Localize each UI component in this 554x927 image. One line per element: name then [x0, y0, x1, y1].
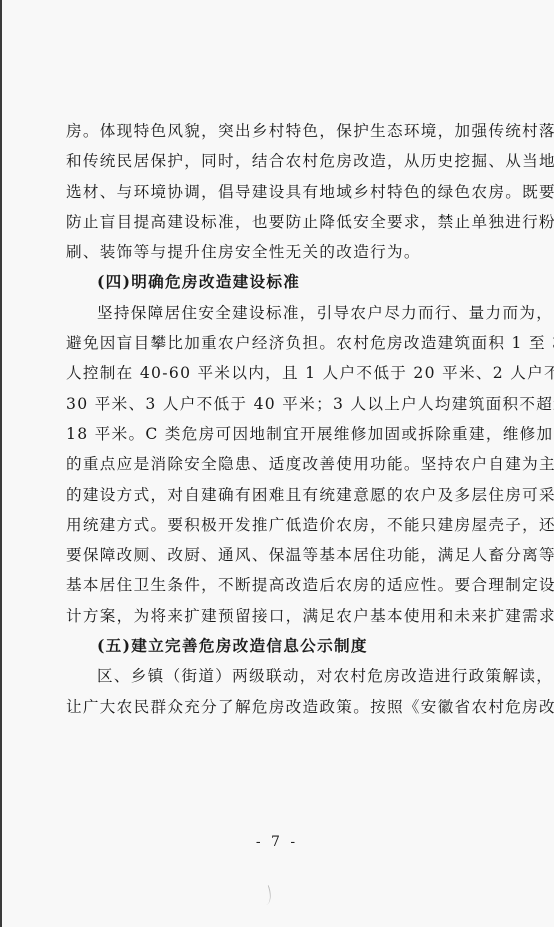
body-line: 选材、与环境协调，倡导建设具有地域乡村特色的绿色农房。既要 [66, 177, 496, 207]
body-line: 人控制在 40-60 平米以内，且 1 人户不低于 20 平米、2 人户不低于 [66, 358, 496, 388]
body-line: 刷、装饰等与提升住房安全性无关的改造行为。 [66, 237, 496, 267]
body-line: 避免因盲目攀比加重农户经济负担。农村危房改造建筑面积 1 至 3 [66, 328, 496, 358]
body-line: 房。体现特色风貌，突出乡村特色，保护生态环境，加强传统村落 [66, 116, 496, 146]
document-body: 房。体现特色风貌，突出乡村特色，保护生态环境，加强传统村落 和传统民居保护，同时… [66, 116, 496, 722]
body-line: 30 平米、3 人户不低于 40 平米；3 人以上户人均建筑面积不超过 [66, 389, 496, 419]
page-number: - 7 - [0, 834, 554, 850]
body-line: 计方案，为将来扩建预留接口，满足农户基本使用和未来扩建需求。 [66, 601, 496, 631]
body-line: 的重点应是消除安全隐患、适度改善使用功能。坚持农户自建为主 [66, 449, 496, 479]
body-line: 让广大农民群众充分了解危房改造政策。按照《安徽省农村危房改 [66, 692, 496, 722]
paragraph-start-line: 坚持保障居住安全建设标准，引导农户尽力而行、量力而为， [66, 298, 496, 328]
body-line: 用统建方式。要积极开发推广低造价农房，不能只建房屋壳子，还 [66, 510, 496, 540]
section-heading-5: (五)建立完善危房改造信息公示制度 [66, 631, 496, 661]
body-line: 要保障改厕、改厨、通风、保温等基本居住功能，满足人畜分离等 [66, 540, 496, 570]
body-line: 防止盲目提高建设标准，也要防止降低安全要求，禁止单独进行粉 [66, 207, 496, 237]
body-line: 和传统民居保护，同时，结合农村危房改造，从历史挖掘、从当地 [66, 146, 496, 176]
body-line: 的建设方式，对自建确有困难且有统建意愿的农户及多层住房可采 [66, 480, 496, 510]
body-line: 基本居住卫生条件，不断提高改造后农房的适应性。要合理制定设 [66, 570, 496, 600]
body-line: 18 平米。C 类危房可因地制宜开展维修加固或拆除重建，维修加固 [66, 419, 496, 449]
paragraph-start-line: 区、乡镇（街道）两级联动，对农村危房改造进行政策解读， [66, 661, 496, 691]
section-heading-4: (四)明确危房改造建设标准 [66, 267, 496, 297]
scan-artifact-mark [260, 885, 275, 905]
scan-left-border [0, 0, 2, 927]
